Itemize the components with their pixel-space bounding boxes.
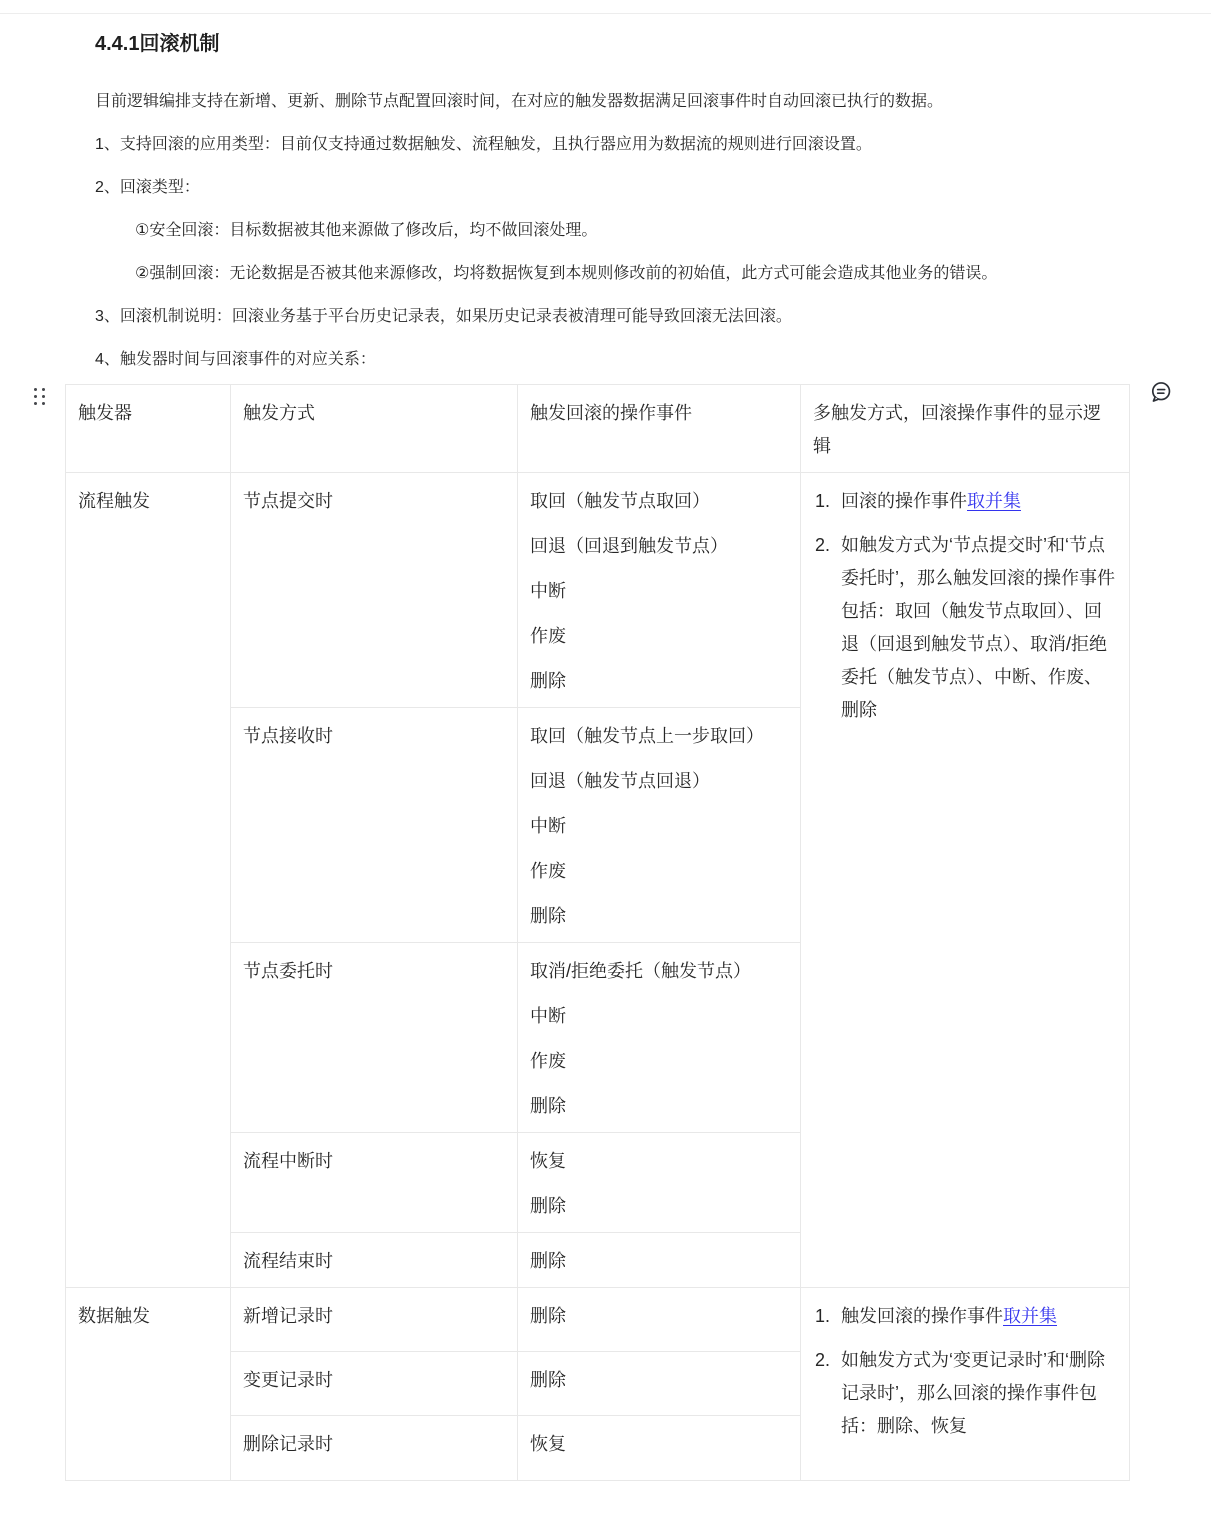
rollback-table-block: 触发器 触发方式 触发回滚的操作事件 多触发方式，回滚操作事件的显示逻辑 流程触… (65, 384, 1129, 1481)
event-item: 回退（触发节点回退） (530, 765, 788, 798)
event-item: 取回（触发节点上一步取回） (530, 720, 788, 753)
logic-item: 1.回滚的操作事件取并集 (813, 485, 1117, 518)
document-page: 4.4.1回滚机制 目前逻辑编排支持在新增、更新、删除节点配置回滚时间，在对应的… (0, 0, 1211, 1528)
event-item: 恢复 (530, 1428, 788, 1461)
trigger-label: 数据触发 (78, 1306, 150, 1326)
logic-cell: 1.触发回滚的操作事件取并集2.如触发方式为‘变更记录时’和‘删除记录时’，那么… (801, 1288, 1130, 1481)
union-set-link[interactable]: 取并集 (1003, 1306, 1057, 1326)
logic-text-segment: 触发回滚的操作事件 (841, 1306, 1003, 1326)
events-cell: 删除 (518, 1233, 801, 1288)
events-cell: 删除 (518, 1288, 801, 1352)
logic-item-text: 如触发方式为‘节点提交时’和‘节点委托时’，那么触发回滚的操作事件包括：取回（触… (841, 535, 1115, 720)
intro-paragraph: 目前逻辑编排支持在新增、更新、删除节点配置回滚时间，在对应的触发器数据满足回滚事… (95, 83, 1116, 121)
list-item-4: 4、触发器时间与回滚事件的对应关系： (95, 341, 1116, 379)
event-item: 作废 (530, 620, 788, 653)
event-item: 删除 (530, 1364, 788, 1397)
list-item-1: 1、支持回滚的应用类型：目前仅支持通过数据触发、流程触发，且执行器应用为数据流的… (95, 126, 1116, 164)
list-item-3: 3、回滚机制说明：回滚业务基于平台历史记录表，如果历史记录表被清理可能导致回滚无… (95, 298, 1116, 336)
event-item: 中断 (530, 575, 788, 608)
logic-text-segment: 如触发方式为‘变更记录时’和‘删除记录时’，那么回滚的操作事件包括：删除、恢复 (841, 1350, 1105, 1436)
event-item: 中断 (530, 810, 788, 843)
event-item: 回退（回退到触发节点） (530, 530, 788, 563)
drag-handle-icon[interactable] (34, 388, 46, 406)
logic-text-segment: 如触发方式为‘节点提交时’和‘节点委托时’，那么触发回滚的操作事件包括：取回（触… (841, 535, 1115, 720)
events-cell: 取回（触发节点取回）回退（回退到触发节点）中断作废删除 (518, 473, 801, 708)
section-heading: 4.4.1回滚机制 (95, 31, 1116, 57)
union-set-link[interactable]: 取并集 (967, 491, 1021, 511)
method-cell: 变更记录时 (231, 1352, 518, 1416)
logic-item-number: 2. (815, 529, 830, 562)
table-header-row: 触发器 触发方式 触发回滚的操作事件 多触发方式，回滚操作事件的显示逻辑 (66, 385, 1130, 473)
method-cell: 节点提交时 (231, 473, 518, 708)
event-item: 删除 (530, 1190, 788, 1223)
logic-item-number: 1. (815, 1300, 830, 1333)
logic-item-text: 触发回滚的操作事件取并集 (841, 1306, 1057, 1326)
logic-text-segment: 回滚的操作事件 (841, 491, 967, 511)
sub-item-safe-rollback: ①安全回滚：目标数据被其他来源做了修改后，均不做回滚处理。 (95, 212, 1116, 250)
event-item: 删除 (530, 1245, 788, 1278)
events-cell: 恢复删除 (518, 1133, 801, 1233)
events-cell: 取回（触发节点上一步取回）回退（触发节点回退）中断作废删除 (518, 708, 801, 943)
logic-item: 2.如触发方式为‘变更记录时’和‘删除记录时’，那么回滚的操作事件包括：删除、恢… (813, 1344, 1117, 1443)
event-item: 删除 (530, 665, 788, 698)
page-top-divider (0, 13, 1211, 14)
event-item: 恢复 (530, 1145, 788, 1178)
sub-item-forced-rollback: ②强制回滚：无论数据是否被其他来源修改，均将数据恢复到本规则修改前的初始值，此方… (95, 255, 1116, 293)
method-cell: 流程中断时 (231, 1133, 518, 1233)
event-item: 删除 (530, 1300, 788, 1333)
logic-item: 1.触发回滚的操作事件取并集 (813, 1300, 1117, 1333)
logic-item-number: 1. (815, 485, 830, 518)
header-trigger: 触发器 (66, 385, 231, 473)
event-item: 作废 (530, 855, 788, 888)
logic-item-text: 回滚的操作事件取并集 (841, 491, 1021, 511)
events-cell: 恢复 (518, 1416, 801, 1481)
method-cell: 流程结束时 (231, 1233, 518, 1288)
method-cell: 节点接收时 (231, 708, 518, 943)
method-cell: 删除记录时 (231, 1416, 518, 1481)
logic-item: 2.如触发方式为‘节点提交时’和‘节点委托时’，那么触发回滚的操作事件包括：取回… (813, 529, 1117, 727)
table-row: 数据触发新增记录时删除1.触发回滚的操作事件取并集2.如触发方式为‘变更记录时’… (66, 1288, 1130, 1352)
header-rollback-events: 触发回滚的操作事件 (518, 385, 801, 473)
list-item-2: 2、回滚类型： (95, 169, 1116, 207)
logic-cell: 1.回滚的操作事件取并集2.如触发方式为‘节点提交时’和‘节点委托时’，那么触发… (801, 473, 1130, 1288)
logic-item-number: 2. (815, 1344, 830, 1377)
table-row: 流程触发节点提交时取回（触发节点取回）回退（回退到触发节点）中断作废删除1.回滚… (66, 473, 1130, 708)
rollback-table: 触发器 触发方式 触发回滚的操作事件 多触发方式，回滚操作事件的显示逻辑 流程触… (65, 384, 1130, 1481)
event-item: 作废 (530, 1045, 788, 1078)
rollback-table-body: 流程触发节点提交时取回（触发节点取回）回退（回退到触发节点）中断作废删除1.回滚… (66, 473, 1130, 1481)
header-trigger-method: 触发方式 (231, 385, 518, 473)
events-cell: 删除 (518, 1352, 801, 1416)
trigger-cell: 数据触发 (66, 1288, 231, 1481)
trigger-cell: 流程触发 (66, 473, 231, 1288)
event-item: 取回（触发节点取回） (530, 485, 788, 518)
comment-icon[interactable] (1148, 380, 1173, 405)
method-cell: 新增记录时 (231, 1288, 518, 1352)
method-cell: 节点委托时 (231, 943, 518, 1133)
header-display-logic: 多触发方式，回滚操作事件的显示逻辑 (801, 385, 1130, 473)
event-item: 删除 (530, 900, 788, 933)
events-cell: 取消/拒绝委托（触发节点）中断作废删除 (518, 943, 801, 1133)
logic-item-text: 如触发方式为‘变更记录时’和‘删除记录时’，那么回滚的操作事件包括：删除、恢复 (841, 1350, 1105, 1436)
document-body: 4.4.1回滚机制 目前逻辑编排支持在新增、更新、删除节点配置回滚时间，在对应的… (0, 0, 1211, 1481)
trigger-label: 流程触发 (78, 491, 150, 511)
event-item: 删除 (530, 1090, 788, 1123)
event-item: 中断 (530, 1000, 788, 1033)
event-item: 取消/拒绝委托（触发节点） (530, 955, 788, 988)
